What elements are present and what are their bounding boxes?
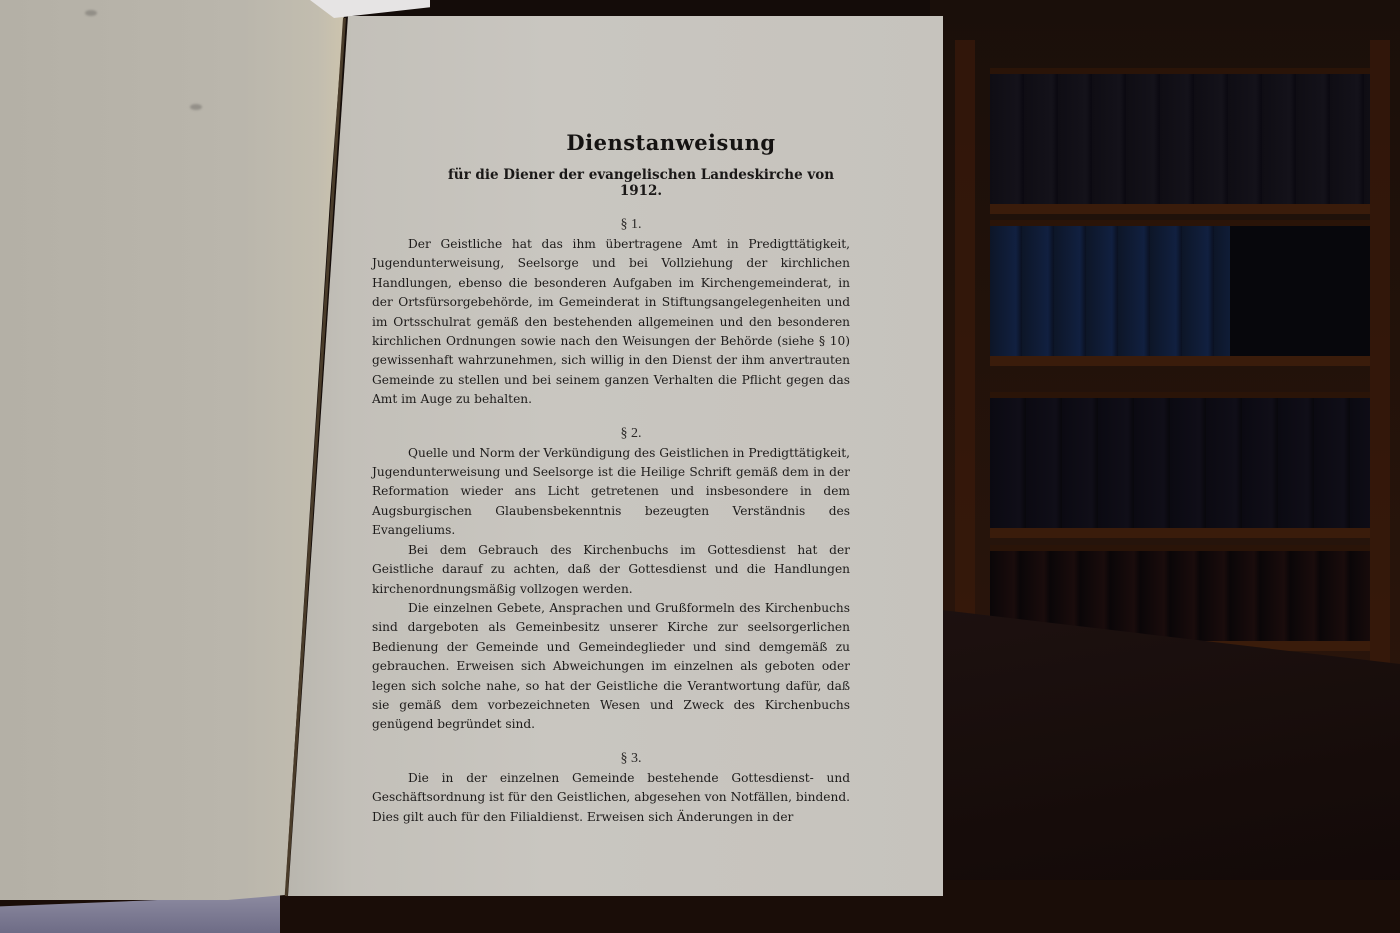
shelf-row-blue-books <box>990 220 1370 366</box>
section-3-paragraph: Die in der einzelnen Gemeinde bestehende… <box>372 769 850 827</box>
page-stain <box>190 104 202 110</box>
document-title: Dienstanweisung <box>492 130 850 155</box>
shelf-post <box>955 40 975 680</box>
page-stain <box>85 10 97 16</box>
section-2-paragraph-1: Quelle und Norm der Verkündigung des Gei… <box>372 444 850 541</box>
section-mark-2: § 2. <box>412 426 850 442</box>
section-mark-1: § 1. <box>412 217 850 233</box>
shelf-post <box>1370 40 1390 680</box>
document-subtitle: für die Diener der evangelischen Landesk… <box>432 167 850 199</box>
section-1-paragraph: Der Geistliche hat das ihm übertragene A… <box>372 235 850 410</box>
shelf-row-books <box>990 68 1370 214</box>
photo-scene: Dienstanweisung für die Diener der evang… <box>0 0 1400 933</box>
shelf-row-books <box>990 392 1370 538</box>
section-2-paragraph-2: Bei dem Gebrauch des Kirchenbuchs im Got… <box>372 541 850 599</box>
section-2-paragraph-3: Die einzelnen Gebete, Ansprachen und Gru… <box>372 599 850 735</box>
document-text: Dienstanweisung für die Diener der evang… <box>372 130 850 827</box>
section-mark-3: § 3. <box>412 751 850 767</box>
